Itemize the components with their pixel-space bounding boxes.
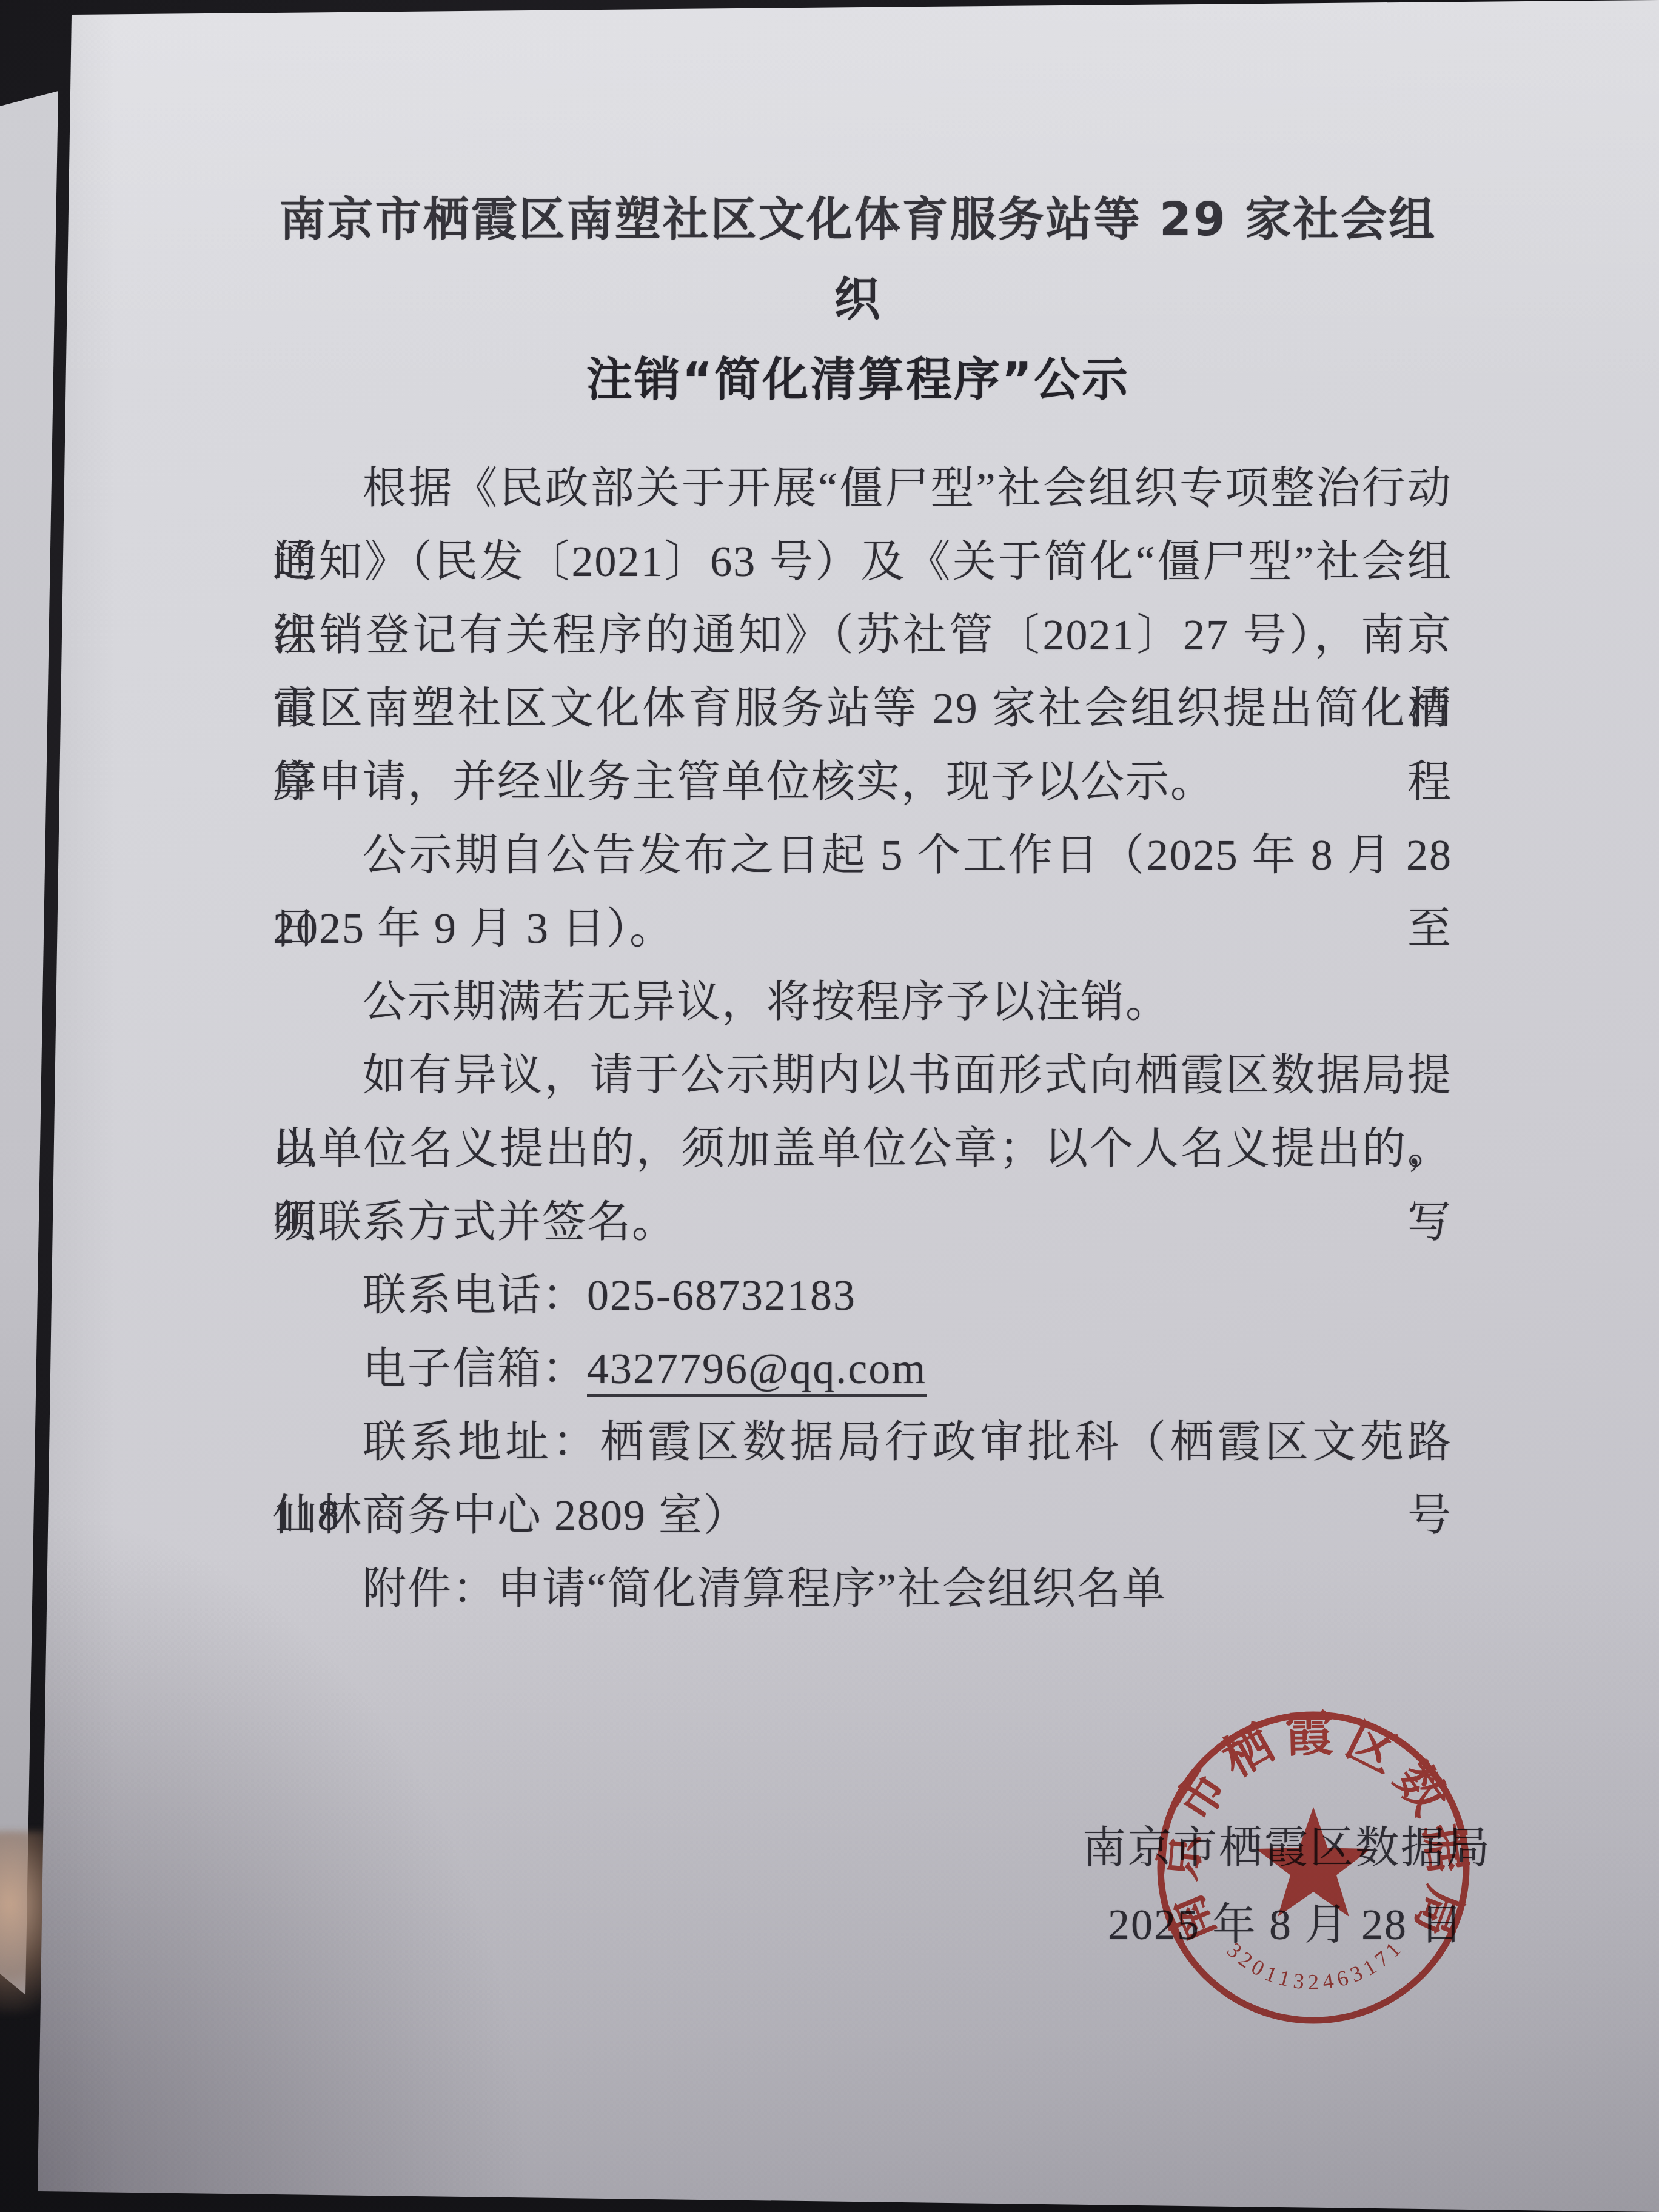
contact-email-line: 电子信箱：4327796@qq.com bbox=[273, 1332, 1452, 1406]
phone-number: 025-68732183 bbox=[587, 1271, 856, 1319]
email-address: 4327796@qq.com bbox=[587, 1344, 927, 1397]
svg-text:3201132463171: 3201132463171 bbox=[1222, 1935, 1408, 1994]
paragraph1-line1: 根据《民政部关于开展“僵尸型”社会组织专项整治行动的 bbox=[273, 452, 1452, 525]
notice-body: 根据《民政部关于开展“僵尸型”社会组织专项整治行动的 通知》（民发〔2021〕6… bbox=[273, 452, 1452, 1626]
paragraph2-line1: 公示期自公告发布之日起 5 个工作日（2025 年 8 月 28 日至 bbox=[273, 819, 1452, 892]
notice-title: 南京市栖霞区南塑社区文化体育服务站等 29 家社会组织 注销“简化清算程序”公示 bbox=[267, 179, 1449, 420]
title-line-1: 南京市栖霞区南塑社区文化体育服务站等 29 家社会组织 bbox=[267, 179, 1449, 340]
paragraph1-line2: 通知》（民发〔2021〕63 号）及《关于简化“僵尸型”社会组织 bbox=[273, 525, 1452, 598]
paragraph1-line3: 注销登记有关程序的通知》（苏社管〔2021〕27 号），南京市栖 bbox=[273, 598, 1452, 672]
title-line-2: 注销“简化清算程序”公示 bbox=[267, 340, 1449, 420]
paragraph4-line2: 以单位名义提出的，须加盖单位公章；以个人名义提出的，须写 bbox=[273, 1112, 1452, 1185]
attachment-line: 附件：申请“简化清算程序”社会组织名单 bbox=[273, 1552, 1452, 1626]
phone-label: 联系电话： bbox=[363, 1271, 587, 1319]
notice-paper: 南京市栖霞区南塑社区文化体育服务站等 29 家社会组织 注销“简化清算程序”公示… bbox=[0, 0, 1659, 2212]
paragraph3-line1: 公示期满若无异议，将按程序予以注销。 bbox=[273, 965, 1452, 1039]
seal-code-number: 3201132463171 bbox=[1222, 1935, 1408, 1994]
star-icon bbox=[1256, 1807, 1371, 1917]
contact-phone-line: 联系电话：025-68732183 bbox=[273, 1259, 1452, 1332]
paragraph1-line4: 霞区南塑社区文化体育服务站等 29 家社会组织提出简化清算程 bbox=[273, 672, 1452, 745]
official-red-seal: 南京市栖霞区数据局 3201132463171 bbox=[1144, 1698, 1483, 2037]
photo-of-document: 南京市栖霞区南塑社区文化体育服务站等 29 家社会组织 注销“简化清算程序”公示… bbox=[0, 0, 1659, 2212]
email-label: 电子信箱： bbox=[363, 1344, 587, 1393]
contact-address-line1: 联系地址：栖霞区数据局行政审批科（栖霞区文苑路 118 号 bbox=[273, 1406, 1452, 1479]
paragraph4-line1: 如有异议，请于公示期内以书面形式向栖霞区数据局提出。 bbox=[273, 1039, 1452, 1112]
